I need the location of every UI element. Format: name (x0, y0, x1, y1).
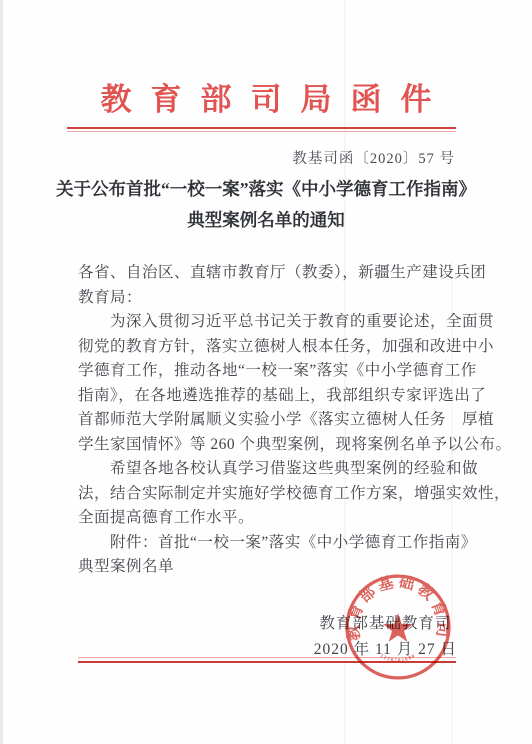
official-seal-graphic: 教育部基础教育司 1250702609 (342, 571, 454, 683)
body-line: 学德育工作，推动各地“一校一案”落实《中小学德育工作 (78, 359, 458, 384)
letterhead-double-rule (67, 127, 456, 132)
body-line: 全面提高德育工作水平。 (78, 506, 458, 531)
body-text: 各省、自治区、直辖市教育厅（教委），新疆生产建设兵团 教育局： 为深入贯彻习近平… (78, 261, 458, 580)
body-line: 首都师范大学附属顺义实验小学《落实立德树人任务 厚植 (78, 408, 458, 433)
letterhead-title: 教育部司局函件 (0, 82, 532, 118)
body-line: 法，结合实际制定并实施好学校德育工作方案，增强实效性， (78, 482, 458, 507)
document-title-line-1: 关于公布首批“一校一案”落实《中小学德育工作指南》 (40, 174, 492, 205)
body-line: 附件：首批“一校一案”落实《中小学德育工作指南》 (78, 531, 458, 556)
svg-text:1250702609: 1250702609 (379, 653, 417, 664)
body-line: 希望各地各校认真学习借鉴这些典型案例的经验和做 (78, 457, 458, 482)
document-title: 关于公布首批“一校一案”落实《中小学德育工作指南》 典型案例名单的通知 (40, 174, 492, 236)
body-line: 教育局： (78, 286, 458, 311)
body-line: 为深入贯彻习近平总书记关于教育的重要论述，全面贯 (78, 310, 458, 335)
official-seal: 教育部基础教育司 1250702609 (342, 571, 454, 683)
body-line: 学生家国情怀》等 260 个典型案例，现将案例名单予以公布。 (78, 433, 458, 458)
body-line: 彻党的教育方针，落实立德树人根本任务，加强和改进中小 (78, 335, 458, 360)
scanned-letter-page: 教育部司局函件 教基司函〔2020〕57 号 关于公布首批“一校一案”落实《中小… (0, 0, 532, 744)
body-line: 各省、自治区、直辖市教育厅（教委），新疆生产建设兵团 (78, 261, 458, 286)
document-title-line-2: 典型案例名单的通知 (40, 205, 492, 236)
seal-star-icon (383, 613, 413, 642)
seal-code-text: 1250702609 (379, 653, 417, 664)
document-number: 教基司函〔2020〕57 号 (292, 147, 455, 168)
body-line: 指南》，在各地遴选推荐的基础上，我部组织专家评选出了 (78, 384, 458, 409)
